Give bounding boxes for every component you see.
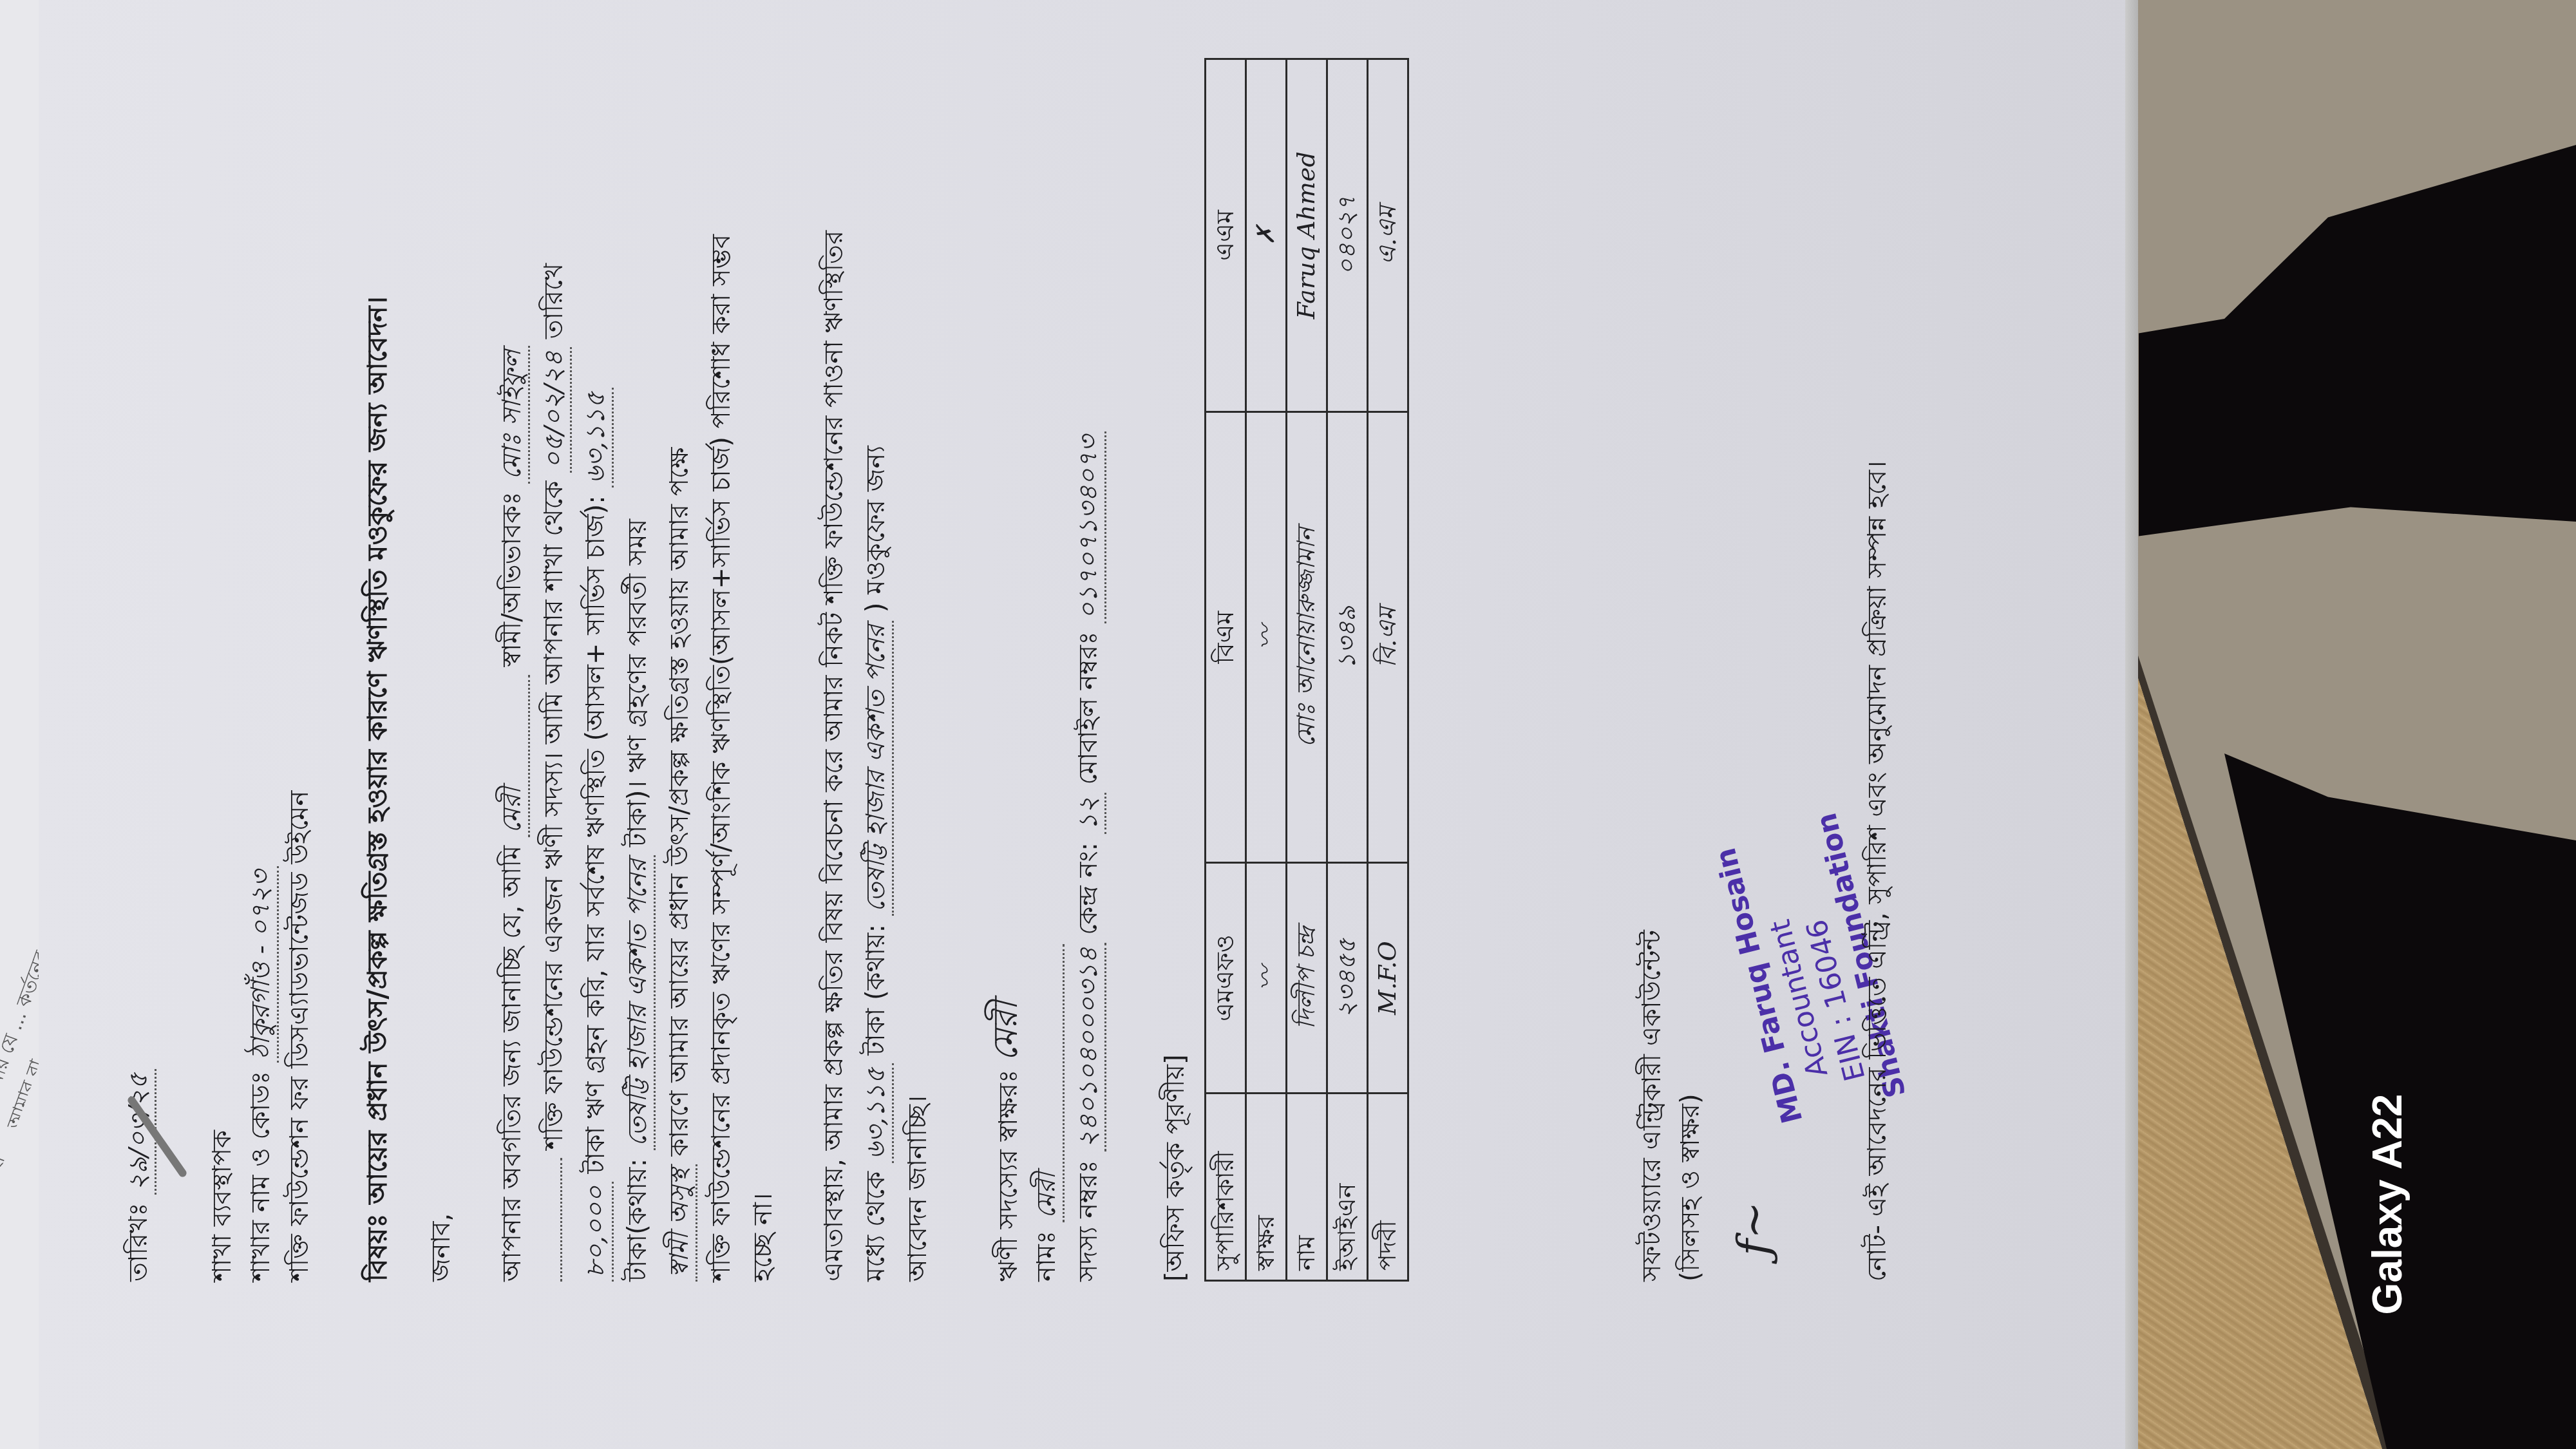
subject-line: বিষয়ঃ আয়ের প্রধান উৎস/প্রকল্প ক্ষতিগ্র… bbox=[361, 296, 395, 1282]
loan-amount-field: ৮০,০০০ bbox=[580, 1182, 614, 1282]
salutation: জনাব, bbox=[425, 1213, 457, 1282]
para1-line1: আপনার অবগতির জন্য জানাচ্ছি যে, আমি মেরী … bbox=[496, 346, 530, 1282]
table-row: ইআইএন ২৩৪৫৫ ১৩৪৯ ০৪০২৭ bbox=[1327, 59, 1368, 1281]
table-row: নাম দিলীপ চন্দ্র মোঃ আনোয়ারুজ্জামান Far… bbox=[1287, 59, 1327, 1281]
organization-name: শক্তি ফাউন্ডেশন ফর ডিসএ্যাডভান্টেজড উইমে… bbox=[283, 791, 316, 1282]
office-table: সুপারিশকারী এমএফও বিএম এএম স্বাক্ষর 〰 〰 … bbox=[1204, 58, 1409, 1282]
borrower-name-line: নামঃ মেরী bbox=[1030, 944, 1065, 1282]
para2-line2: মধ্যে থেকে ৬৩,১১৫ টাকা (কথায়: তেষট্টি হ… bbox=[860, 446, 894, 1282]
bm-signature: 〰 bbox=[1246, 412, 1287, 863]
office-section-heading: [অফিস কর্তৃক পূরণীয়] bbox=[1159, 1054, 1191, 1282]
table-row: পদবী M.F.O বি.এম এ.এম bbox=[1368, 59, 1408, 1281]
para1-line4: টাকা(কথায়: তেষট্টি হাজার একশত পনের টাকা… bbox=[621, 519, 656, 1282]
table-header-row: সুপারিশকারী এমএফও বিএম এএম bbox=[1206, 59, 1246, 1281]
para2-line1: এমতাবস্থায়, আমার প্রকল্প ক্ষতির বিষয় ব… bbox=[818, 231, 850, 1282]
accountant-signature: ƒ~ bbox=[1726, 1201, 1783, 1256]
mobile-number-field: ০১৭০৭১৩৪০৭৩ bbox=[1072, 431, 1106, 623]
waive-amount-field: ৬৩,১১৫ bbox=[860, 1063, 894, 1163]
reason-field: স্বামী অসুস্থ bbox=[663, 1164, 697, 1282]
branch-value: ঠাকুরগাঁও - ০৭২৩ bbox=[245, 866, 279, 1063]
document-content: তারিখঃ ২৯/০৩/২৫ শাখা ব্যবস্থাপক শাখার না… bbox=[39, 0, 2125, 1449]
recipient-title: শাখা ব্যবস্থাপক bbox=[206, 1130, 238, 1282]
borrower-signature: মেরী bbox=[987, 1001, 1025, 1061]
para1-line6: শক্তি ফাউন্ডেশনের প্রদানকৃত ঋণের সম্পূর্… bbox=[705, 234, 737, 1282]
branch-line: শাখার নাম ও কোডঃ ঠাকুরগাঁও - ০৭২৩ bbox=[245, 866, 279, 1282]
accountant-label: সফটওয়্যারে এন্ট্রিকারী একাউন্টেন্ট bbox=[1636, 930, 1668, 1282]
borrower-name-field: মেরী bbox=[1030, 944, 1065, 1222]
accountant-sub: (সিলসহ ও স্বাক্ষর) bbox=[1674, 1094, 1707, 1282]
document-sheet: তারিখঃ ২৯/০৩/২৫ শাখা ব্যবস্থাপক শাখার না… bbox=[39, 0, 2138, 1449]
para1-line2: শক্তি ফাউন্ডেশনের একজন ঋণী সদস্য। আমি আপ… bbox=[538, 263, 572, 1282]
loan-date-field: ০৫/০২/২৪ bbox=[538, 347, 572, 473]
camera-watermark: Galaxy A22 bbox=[2363, 1056, 2441, 1352]
am-signature: ✗ bbox=[1246, 59, 1287, 412]
footer-note: নোট- এই আবেদনের ভিত্তিতে এন্ট্রি, সুপারি… bbox=[1861, 460, 1893, 1282]
member-name-field: মেরী bbox=[496, 675, 530, 837]
waive-words-field: তেষট্টি হাজার একশত পনের bbox=[860, 621, 894, 916]
center-number-field: ১২ bbox=[1072, 793, 1106, 834]
para1-line3: ৮০,০০০ টাকা ঋণ গ্রহন করি, যার সর্বশেষ ঋণ… bbox=[580, 388, 614, 1282]
borrower-signature-line: ঋণী সদস্যের স্বাক্ষরঃ মেরী bbox=[985, 1001, 1027, 1282]
borrower-ids-line: সদস্য নম্বরঃ ২৪০১০৪০০০৩১৪ কেন্দ্র নং: ১২… bbox=[1072, 431, 1106, 1282]
balance-field: ৬৩,১১৫ bbox=[580, 388, 614, 488]
balance-words-field: তেষট্টি হাজার একশত পনের bbox=[621, 855, 656, 1150]
para2-line3: আবেদন জানাচ্ছি। bbox=[902, 1095, 934, 1282]
para1-line7: হচ্ছে না। bbox=[747, 1193, 779, 1282]
para1-line5: স্বামী অসুস্থ কারণে আমার আয়ের প্রধান উৎ… bbox=[663, 448, 697, 1282]
table-row: স্বাক্ষর 〰 〰 ✗ bbox=[1246, 59, 1287, 1281]
guardian-field: মোঃ সাইফুল bbox=[496, 346, 530, 484]
mfo-signature: 〰 bbox=[1246, 863, 1287, 1094]
member-number-field: ২৪০১০৪০০০৩১৪ bbox=[1072, 943, 1106, 1151]
